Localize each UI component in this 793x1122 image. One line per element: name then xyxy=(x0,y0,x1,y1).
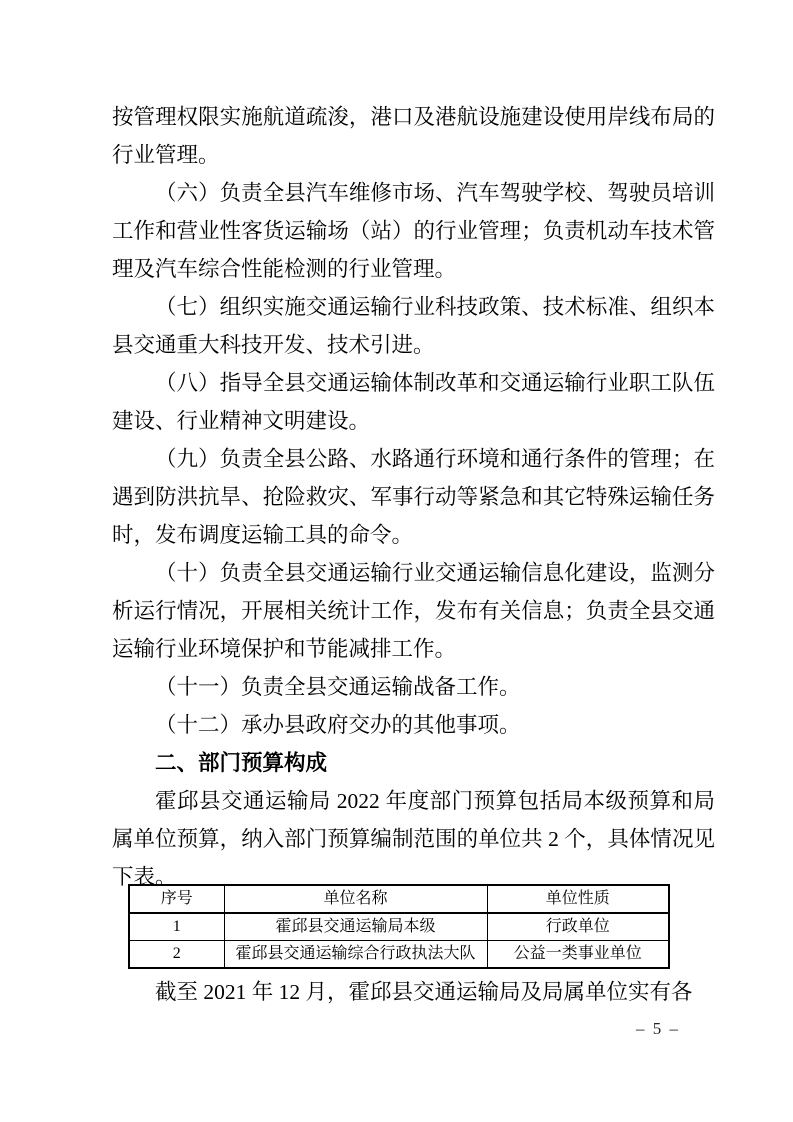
document-body: 按管理权限实施航道疏浚，港口及港航设施建设使用岸线布局的行业管理。 （六）负责全… xyxy=(112,98,715,1011)
table-cell: 2 xyxy=(129,941,224,969)
section-heading: 二、部门预算构成 xyxy=(112,744,715,782)
body-paragraph: （八）指导全县交通运输体制改革和交通运输行业职工队伍建设、行业精神文明建设。 xyxy=(112,364,715,440)
closing-paragraph: 截至 2021 年 12 月，霍邱县交通运输局及局属单位实有各 xyxy=(112,973,715,1011)
table-cell: 1 xyxy=(129,913,224,941)
body-paragraph: （十二）承办县政府交办的其他事项。 xyxy=(112,706,715,744)
body-paragraph: 按管理权限实施航道疏浚，港口及港航设施建设使用岸线布局的行业管理。 xyxy=(112,98,715,174)
body-paragraph: （六）负责全县汽车维修市场、汽车驾驶学校、驾驶员培训工作和营业性客货运输场（站）… xyxy=(112,174,715,288)
intro-paragraph: 霍邱县交通运输局 2022 年度部门预算包括局本级预算和局属单位预算，纳入部门预… xyxy=(112,782,715,896)
budget-units-table: 序号 单位名称 单位性质 1 霍邱县交通运输局本级 行政单位 2 霍邱县交通运输… xyxy=(128,884,670,969)
table-header-cell: 单位名称 xyxy=(224,885,487,913)
table-row: 2 霍邱县交通运输综合行政执法大队 公益一类事业单位 xyxy=(129,941,669,969)
table-header-row: 序号 单位名称 单位性质 xyxy=(129,885,669,913)
table-cell: 霍邱县交通运输综合行政执法大队 xyxy=(224,941,487,969)
table-cell: 公益一类事业单位 xyxy=(487,941,669,969)
table-row: 1 霍邱县交通运输局本级 行政单位 xyxy=(129,913,669,941)
table-cell: 霍邱县交通运输局本级 xyxy=(224,913,487,941)
table-cell: 行政单位 xyxy=(487,913,669,941)
body-paragraph: （九）负责全县公路、水路通行环境和通行条件的管理；在遇到防洪抗旱、抢险救灾、军事… xyxy=(112,440,715,554)
body-paragraph: （十一）负责全县交通运输战备工作。 xyxy=(112,668,715,706)
document-page: 按管理权限实施航道疏浚，港口及港航设施建设使用岸线布局的行业管理。 （六）负责全… xyxy=(0,0,793,1122)
page-number: – 5 – xyxy=(636,1019,680,1039)
body-paragraph: （十）负责全县交通运输行业交通运输信息化建设，监测分析运行情况，开展相关统计工作… xyxy=(112,554,715,668)
body-paragraph: （七）组织实施交通运输行业科技政策、技术标准、组织本县交通重大科技开发、技术引进… xyxy=(112,288,715,364)
table-header-cell: 单位性质 xyxy=(487,885,669,913)
